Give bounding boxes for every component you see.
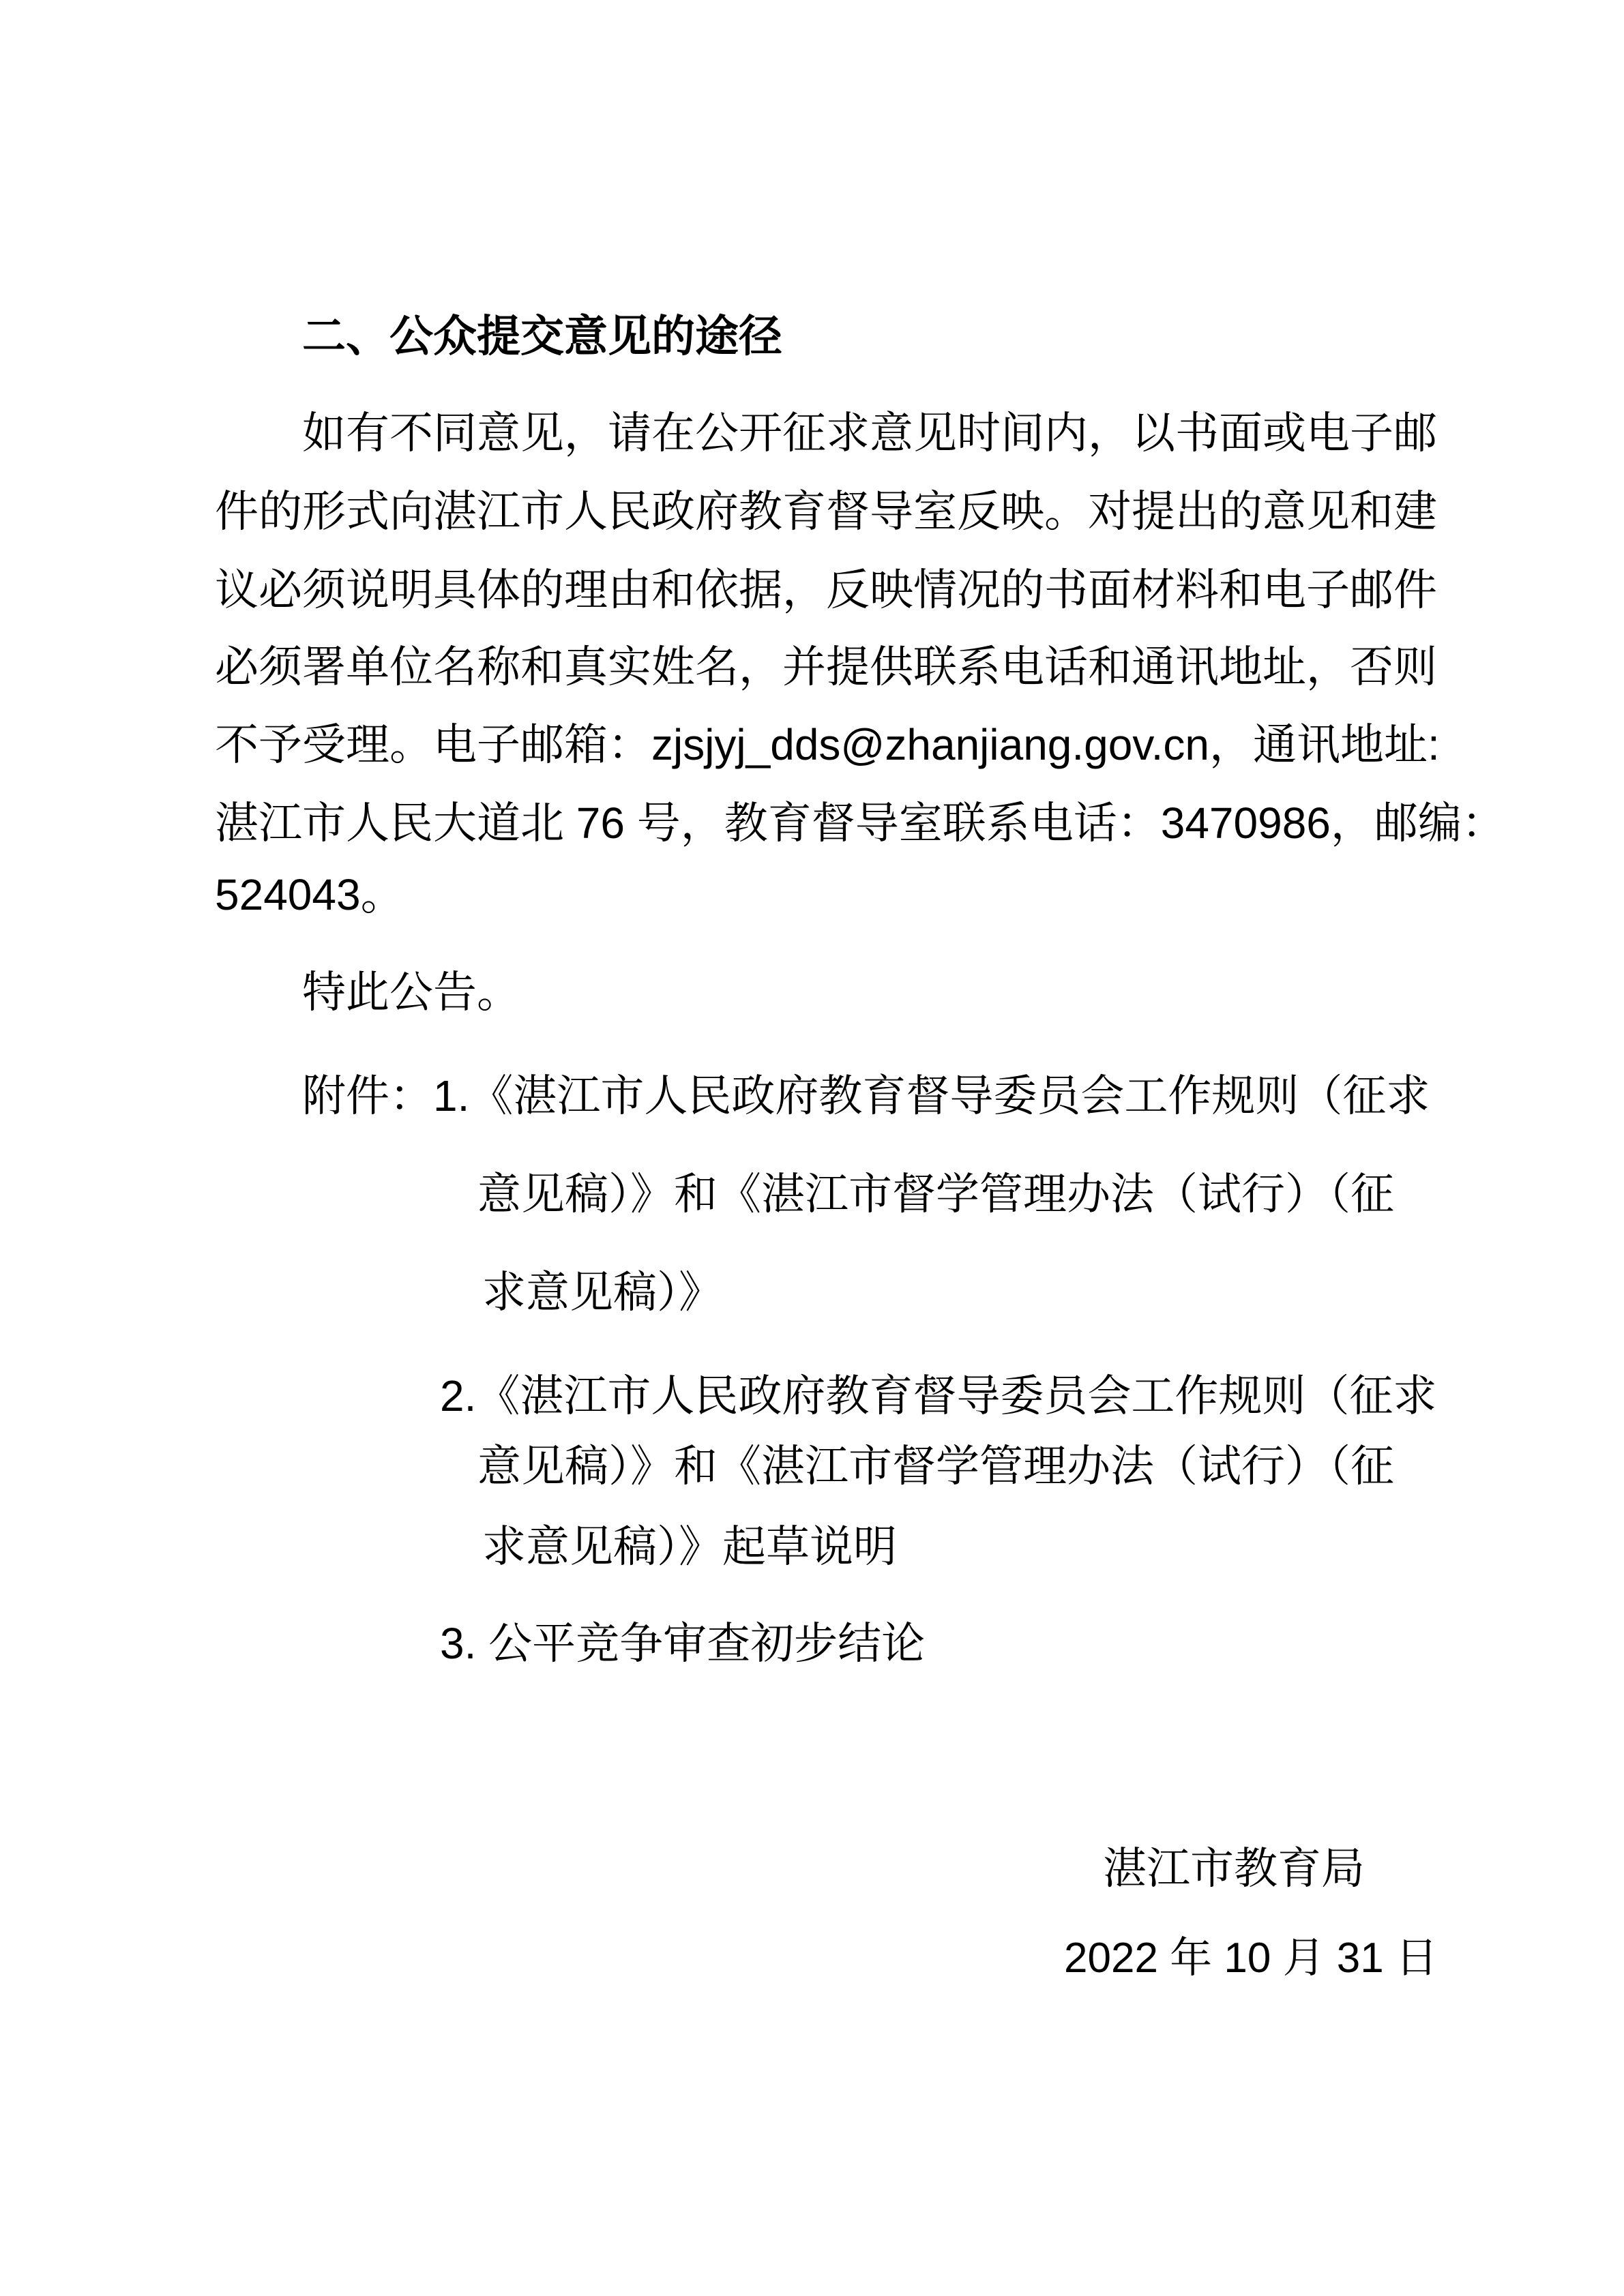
- paragraph-line-4: 必须署单位名称和真实姓名，并提供联系电话和通讯地址，否则: [215, 640, 1437, 694]
- attachment-item-2-line-1: 2.《湛江市人民政府教育督导委员会工作规则（征求: [440, 1369, 1436, 1423]
- paragraph-line-5: 不予受理。电子邮箱：zjsjyj_dds@zhanjiang.gov.cn，通讯…: [215, 717, 1440, 772]
- attachment-item-1-line-1: 附件：1.《湛江市人民政府教育督导委员会工作规则（征求: [302, 1069, 1430, 1123]
- attachment-item-2-line-2: 意见稿）》和《湛江市督学管理办法（试行）（征: [477, 1439, 1394, 1493]
- section-heading: 二、公众提交意见的途径: [302, 309, 782, 363]
- paragraph-line-3: 议必须说明具体的理由和依据，反映情况的书面材料和电子邮件: [215, 563, 1437, 617]
- paragraph-line-2: 件的形式向湛江市人民政府教育督导室反映。对提出的意见和建: [215, 484, 1437, 539]
- paragraph-line-1: 如有不同意见，请在公开征求意见时间内，以书面或电子邮: [302, 406, 1437, 460]
- paragraph-line-6: 湛江市人民大道北 76 号，教育督导室联系电话：3470986，邮编：: [215, 796, 1505, 850]
- attachment-item-2-line-3: 求意见稿）》起草说明: [482, 1519, 897, 1574]
- attachment-item-1-line-2: 意见稿）》和《湛江市督学管理办法（试行）（征: [477, 1167, 1394, 1221]
- attachment-item-3: 3. 公平竞争审查初步结论: [440, 1616, 925, 1671]
- document-page: 二、公众提交意见的途径 如有不同意见，请在公开征求意见时间内，以书面或电子邮 件…: [0, 0, 1624, 2296]
- attachment-item-1-line-3: 求意见稿）》: [482, 1265, 722, 1320]
- closing-statement: 特此公告。: [302, 965, 520, 1019]
- issue-date: 2022 年 10 月 31 日: [1064, 1931, 1438, 1986]
- issuing-organization: 湛江市教育局: [1103, 1841, 1365, 1896]
- paragraph-line-7: 524043。: [215, 867, 404, 922]
